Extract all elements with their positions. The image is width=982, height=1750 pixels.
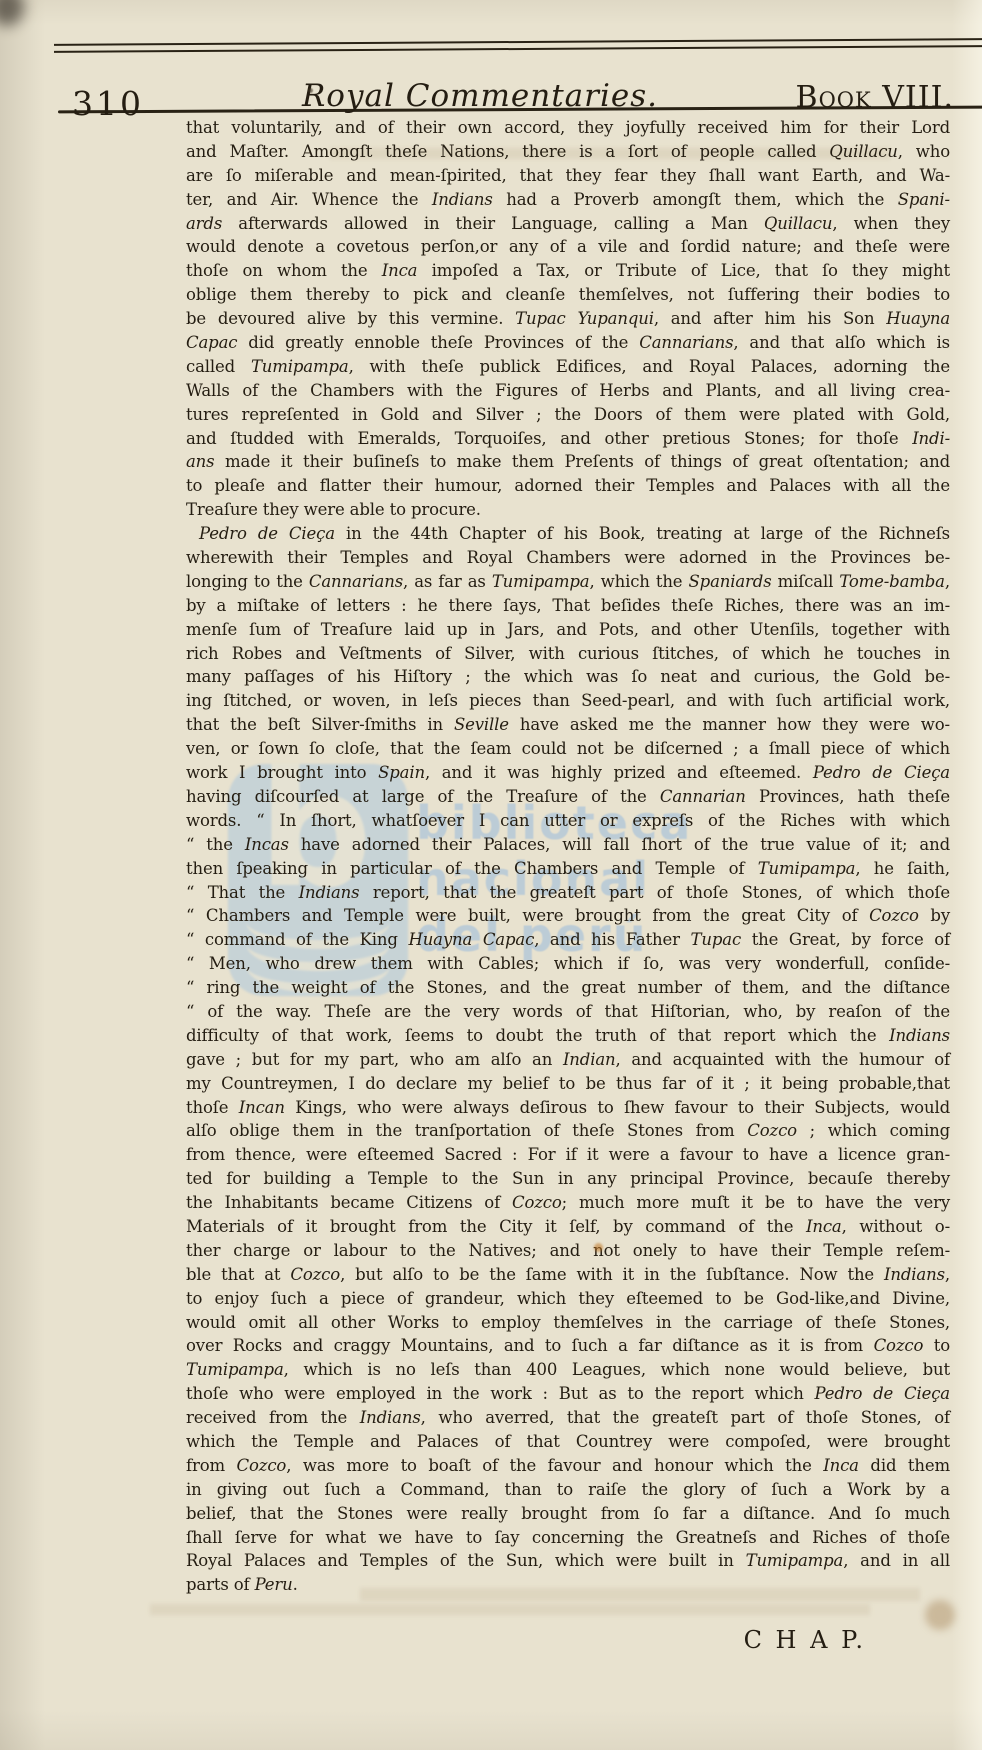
text-line: and Maſter. Amongſt theſe Nations, there… bbox=[186, 140, 950, 164]
text-line: are ſo miſerable and mean-ſpirited, that… bbox=[186, 164, 950, 188]
text-line: Materials of it brought from the City it… bbox=[186, 1215, 950, 1239]
page-text: that voluntarily, and of their own accor… bbox=[186, 116, 950, 1597]
text-line: tures repreſented in Gold and Silver ; t… bbox=[186, 403, 950, 427]
text-line: received from the Indians, who averred, … bbox=[186, 1406, 950, 1430]
text-line: would omit all other Works to employ the… bbox=[186, 1311, 950, 1335]
header-rule-top-second bbox=[54, 45, 982, 53]
text-line: to enjoy ſuch a piece of grandeur, which… bbox=[186, 1287, 950, 1311]
text-line: ter, and Air. Whence the Indians had a P… bbox=[186, 188, 950, 212]
text-line: thoſe who were employed in the work : Bu… bbox=[186, 1382, 950, 1406]
text-line: Royal Palaces and Temples of the Sun, wh… bbox=[186, 1549, 950, 1573]
text-line: Capac did greatly ennoble theſe Province… bbox=[186, 331, 950, 355]
text-line: “ Chambers and Temple were built, were b… bbox=[186, 904, 950, 928]
text-line: ven, or ſown ſo cloſe, that the ſeam cou… bbox=[186, 737, 950, 761]
text-line: wherewith their Temples and Royal Chambe… bbox=[186, 546, 950, 570]
text-line: the Inhabitants became Citizens of Cozco… bbox=[186, 1191, 950, 1215]
text-line: ards afterwards allowed in their Languag… bbox=[186, 212, 950, 236]
text-line: many paſſages of his Hiſtory ; the which… bbox=[186, 665, 950, 689]
text-line: menſe ſum of Treaſure laid up in Jars, a… bbox=[186, 618, 950, 642]
text-line: my Countreymen, I do declare my belief t… bbox=[186, 1072, 950, 1096]
text-line: Tumipampa, which is no leſs than 400 Lea… bbox=[186, 1358, 950, 1382]
text-line: then ſpeaking in particular of the Chamb… bbox=[186, 857, 950, 881]
text-line: having diſcourſed at large of the Treaſu… bbox=[186, 785, 950, 809]
text-line: which the Temple and Palaces of that Cou… bbox=[186, 1430, 950, 1454]
text-line: over Rocks and craggy Mountains, and to … bbox=[186, 1334, 950, 1358]
text-line: alſo oblige them in the tranſportation o… bbox=[186, 1119, 950, 1143]
text-line: would denote a covetous perſon,or any of… bbox=[186, 235, 950, 259]
running-title: Royal Commentaries. bbox=[130, 78, 830, 114]
text-line: “ of the way. Theſe are the very words o… bbox=[186, 1000, 950, 1024]
text-line: that the beſt Silver-ſmiths in Seville h… bbox=[186, 713, 950, 737]
header-rule-top bbox=[54, 38, 982, 46]
text-line: by a miſtake of letters : he there ſays,… bbox=[186, 594, 950, 618]
text-line: in giving out ſuch a Command, than to ra… bbox=[186, 1478, 950, 1502]
text-line: ſhall ſerve for what we have to ſay conc… bbox=[186, 1526, 950, 1550]
text-line: words. “ In ſhort, whatſoever I can utte… bbox=[186, 809, 950, 833]
text-line: to pleaſe and flatter their humour, ador… bbox=[186, 474, 950, 498]
corner-smudge bbox=[0, 0, 24, 26]
text-line: Treaſure they were able to procure. bbox=[186, 498, 950, 522]
text-line: be devoured alive by this vermine. Tupac… bbox=[186, 307, 950, 331]
text-line: ther charge or labour to the Natives; an… bbox=[186, 1239, 950, 1263]
text-line: ing ſtitched, or woven, in leſs pieces t… bbox=[186, 689, 950, 713]
text-line: ted for building a Temple to the Sun in … bbox=[186, 1167, 950, 1191]
text-line: from thence, were eſteemed Sacred : For … bbox=[186, 1143, 950, 1167]
text-line: longing to the Cannarians, as far as Tum… bbox=[186, 570, 950, 594]
text-line: oblige them thereby to pick and cleanſe … bbox=[186, 283, 950, 307]
text-line: called Tumipampa, with theſe publick Edi… bbox=[186, 355, 950, 379]
text-line: work I brought into Spain, and it was hi… bbox=[186, 761, 950, 785]
text-line: Walls of the Chambers with the Figures o… bbox=[186, 379, 950, 403]
text-line: and ſtudded with Emeralds, Torquoiſes, a… bbox=[186, 427, 950, 451]
text-line: “ That the Indians report, that the grea… bbox=[186, 881, 950, 905]
text-line: that voluntarily, and of their own accor… bbox=[186, 116, 950, 140]
text-line: “ the Incas have adorned their Palaces, … bbox=[186, 833, 950, 857]
catchword: C H A P. bbox=[186, 1626, 950, 1654]
text-line: ans made it their buſineſs to make them … bbox=[186, 450, 950, 474]
text-line: ble that at Cozco, but alſo to be the ſa… bbox=[186, 1263, 950, 1287]
text-line: “ command of the King Huayna Capac, and … bbox=[186, 928, 950, 952]
text-line: gave ; but for my part, who am alſo an I… bbox=[186, 1048, 950, 1072]
text-line: from Cozco, was more to boaſt of the fav… bbox=[186, 1454, 950, 1478]
book-page-scan: 310 Royal Commentaries. Book VIII. b bib… bbox=[0, 0, 982, 1750]
text-line: rich Robes and Veſtments of Silver, with… bbox=[186, 642, 950, 666]
text-line: belief, that the Stones were really brou… bbox=[186, 1502, 950, 1526]
text-line: thoſe on whom the Inca impoſed a Tax, or… bbox=[186, 259, 950, 283]
text-line: “ Men, who drew them with Cables; which … bbox=[186, 952, 950, 976]
text-line: “ ring the weight of the Stones, and the… bbox=[186, 976, 950, 1000]
text-line: difficulty of that work, ſeems to doubt … bbox=[186, 1024, 950, 1048]
text-line: parts of Peru. bbox=[186, 1573, 950, 1597]
text-line: thoſe Incan Kings, who were always deſir… bbox=[186, 1096, 950, 1120]
book-label: Book VIII. bbox=[796, 80, 954, 115]
text-line: Pedro de Cieça in the 44th Chapter of hi… bbox=[186, 522, 950, 546]
bleed-through bbox=[150, 1604, 870, 1615]
